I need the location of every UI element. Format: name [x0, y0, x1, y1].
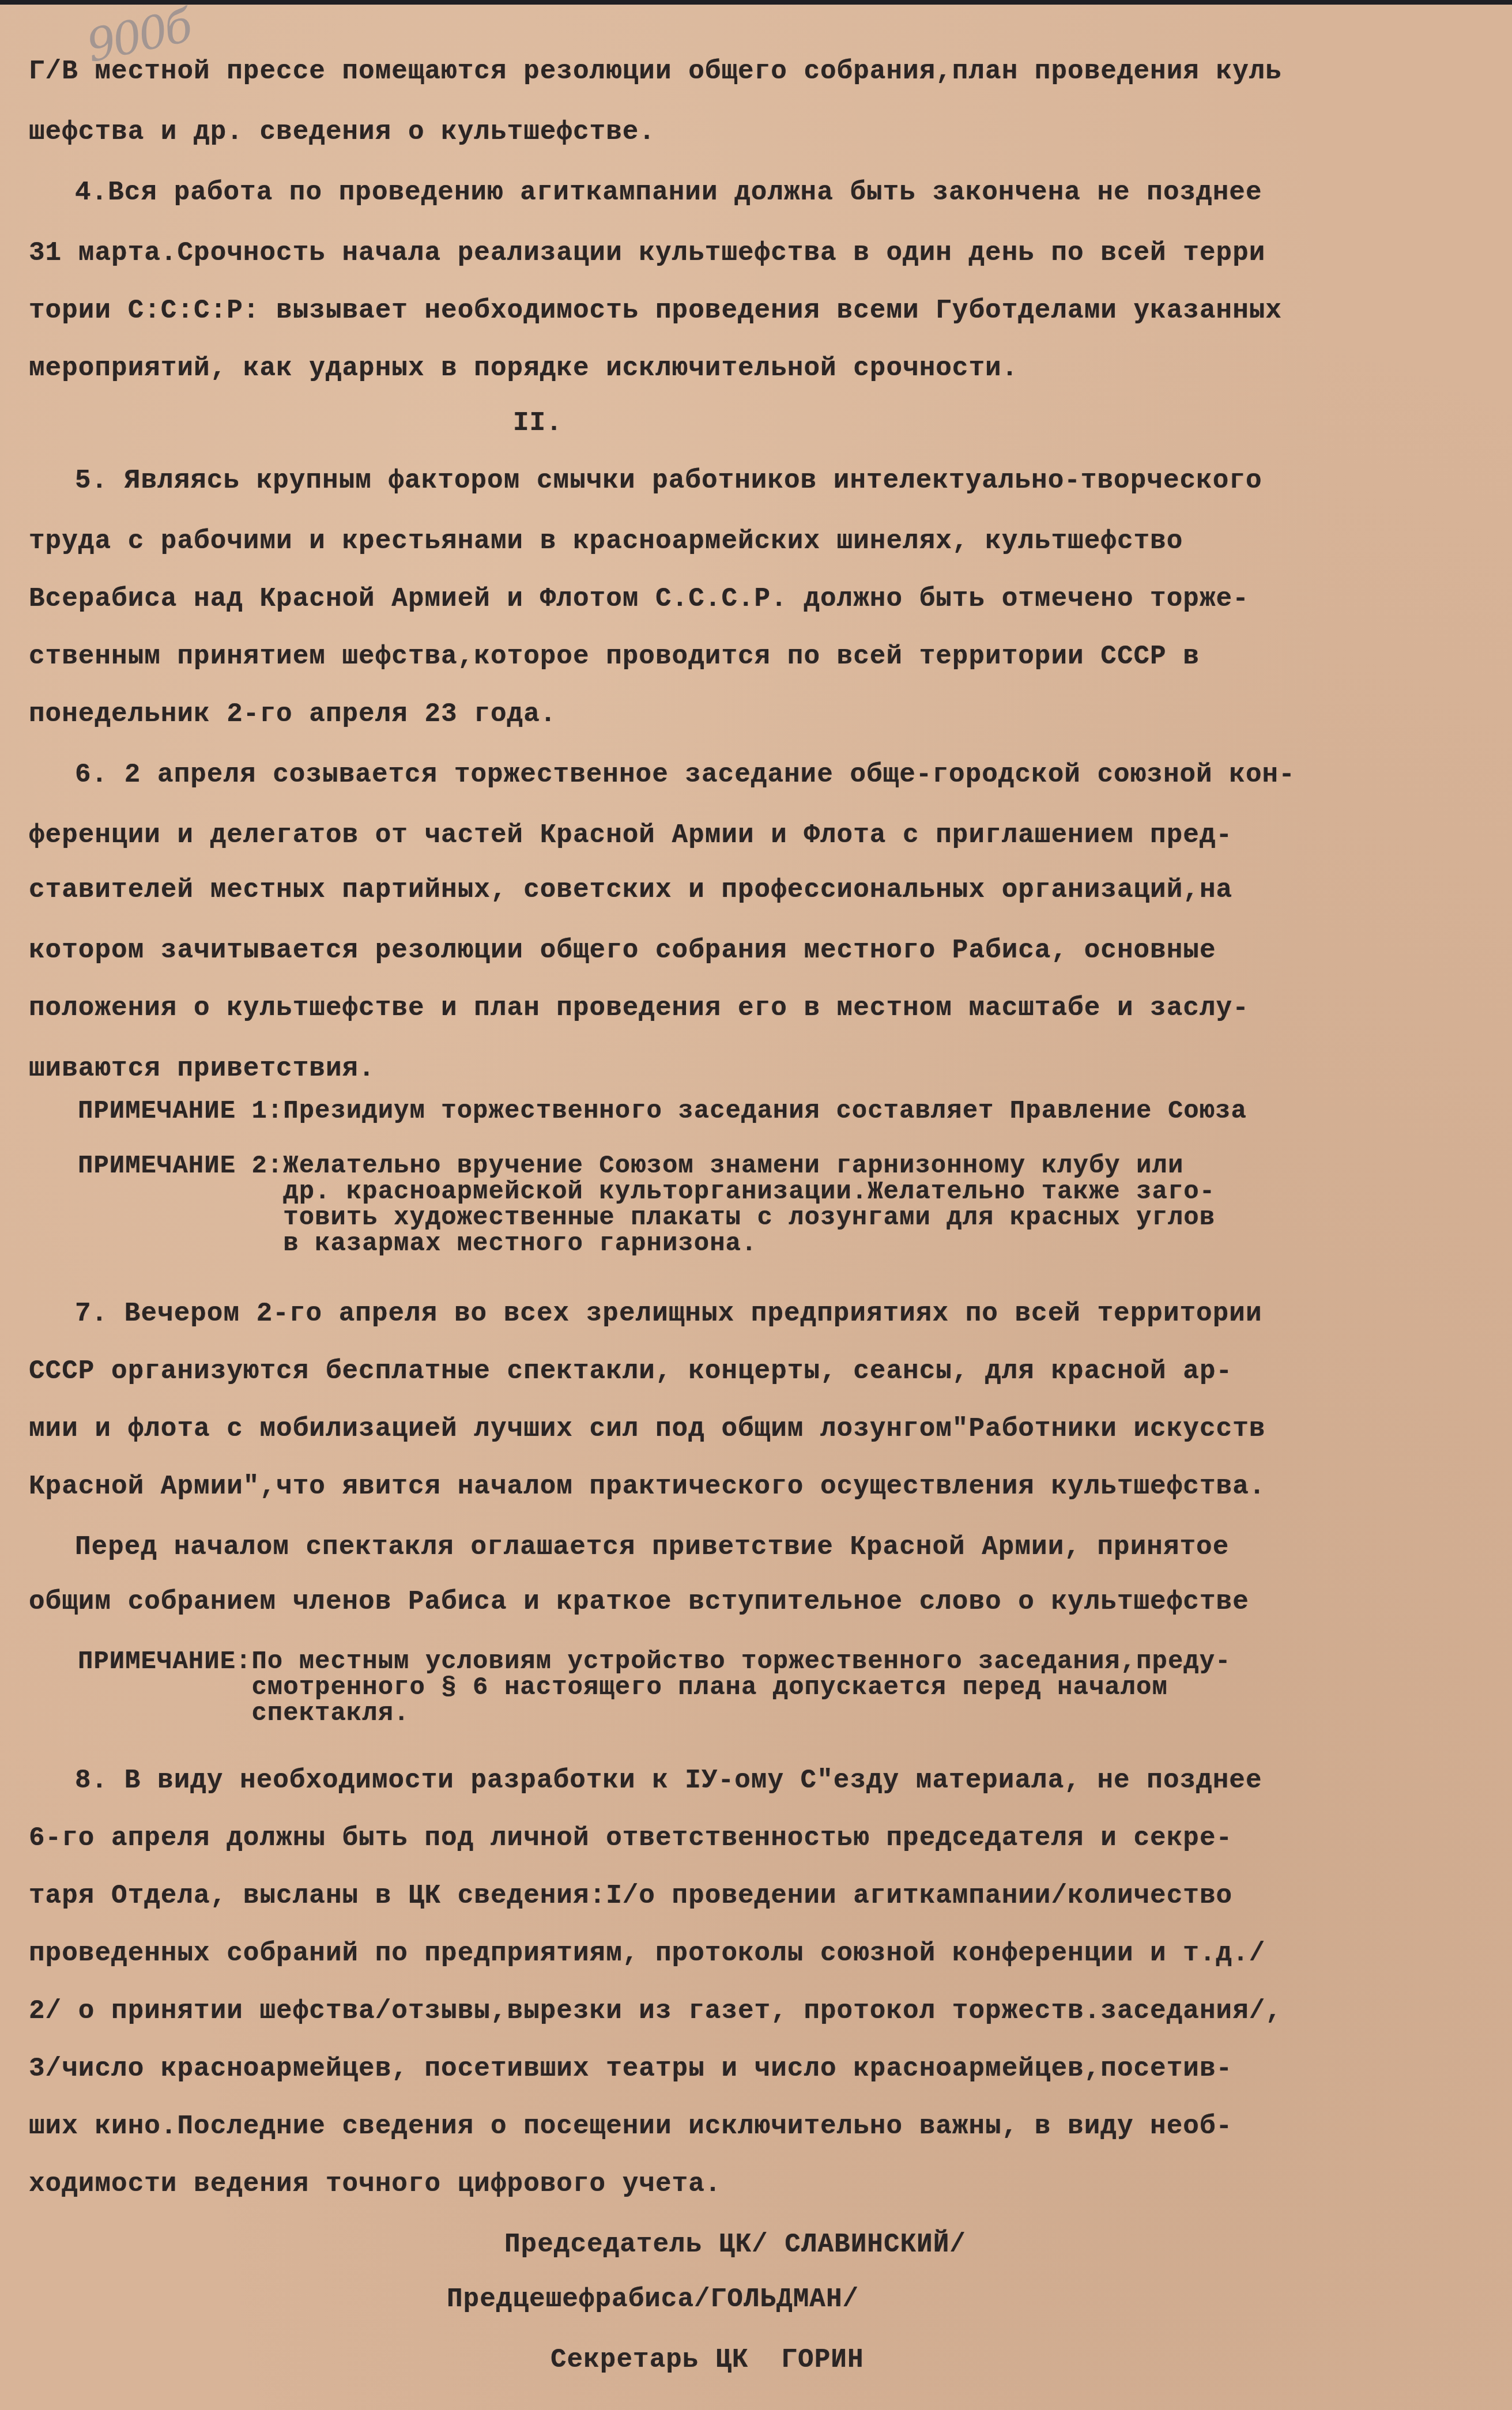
paragraph-line: 3/число красноармейцев, посетивших театр…: [29, 2054, 1232, 2084]
paragraph-line: Г/В местной прессе помещаются резолюции …: [29, 56, 1282, 86]
signature-line: Секретарь ЦК ГОРИН: [550, 2345, 864, 2375]
paragraph-line: ставителей местных партийных, советских …: [29, 875, 1232, 905]
scan-top-border: [0, 0, 1512, 5]
paragraph-line: 7. Вечером 2-го апреля во всех зрелищных…: [75, 1299, 1262, 1329]
paragraph-line: понедельник 2-го апреля 23 года.: [29, 699, 556, 729]
paragraph-line: 6-го апреля должны быть под личной ответ…: [29, 1823, 1232, 1853]
paragraph-line: ственным принятием шефства,которое прово…: [29, 642, 1200, 672]
note-line: смотренного § 6 настоящего плана допуска…: [78, 1673, 1168, 1702]
paragraph-line: тории С:С:С:Р: вызывает необходимость пр…: [29, 296, 1282, 326]
paragraph-line: проведенных собраний по предприятиям, пр…: [29, 1938, 1265, 1968]
paragraph-line: 4.Вся работа по проведению агиткампании …: [75, 178, 1262, 208]
paragraph-line: мии и флота с мобилизацией лучших сил по…: [29, 1414, 1265, 1444]
note-line: в казармах местного гарнизона.: [78, 1229, 757, 1258]
paragraph-line: Всерабиса над Красной Армией и Флотом С.…: [29, 584, 1249, 614]
paragraph-line: мероприятий, как ударных в порядке исклю…: [29, 353, 1018, 383]
note-line: ПРИМЕЧАНИЕ:По местным условиям устройств…: [78, 1647, 1231, 1676]
paragraph-line: ференции и делегатов от частей Красной А…: [29, 820, 1232, 850]
paragraph-line: шиваются приветствия.: [29, 1054, 375, 1084]
signature-line: Председатель ЦК/ СЛАВИНСКИЙ/: [504, 2230, 966, 2260]
note-line: др. красноармейской культорганизации.Жел…: [78, 1178, 1215, 1206]
paragraph-line: котором зачитывается резолюции общего со…: [29, 936, 1216, 965]
paragraph-line: 6. 2 апреля созывается торжественное зас…: [75, 760, 1295, 790]
note-line: спектакля.: [78, 1699, 410, 1728]
section-heading: II.: [513, 408, 563, 438]
paragraph-line: общим собранием членов Рабиса и краткое …: [29, 1587, 1249, 1617]
paragraph-line: шефства и др. сведения о культшефстве.: [29, 117, 655, 147]
paragraph-line: 2/ о принятии шефства/отзывы,вырезки из …: [29, 1996, 1282, 2026]
paragraph-line: Красной Армии",что явится началом практи…: [29, 1472, 1265, 1502]
document-page: 900б Г/В местной прессе помещаются резол…: [0, 5, 1512, 2410]
note-line: ПРИМЕЧАНИЕ 1:Президиум торжественного за…: [78, 1097, 1247, 1126]
note-line: товить художественные плакаты с лозунгам…: [78, 1204, 1215, 1232]
paragraph-line: 5. Являясь крупным фактором смычки работ…: [75, 466, 1262, 496]
paragraph-line: Перед началом спектакля оглашается приве…: [75, 1532, 1229, 1562]
paragraph-line: ходимости ведения точного цифрового учет…: [29, 2169, 721, 2199]
paragraph-line: ших кино.Последние сведения о посещении …: [29, 2111, 1232, 2141]
signature-line: Предцешефрабиса/ГОЛЬДМАН/: [447, 2284, 859, 2314]
paragraph-line: 31 марта.Срочность начала реализации кул…: [29, 238, 1265, 268]
paragraph-line: 8. В виду необходимости разработки к IУ-…: [75, 1766, 1262, 1796]
paragraph-line: труда с рабочими и крестьянами в красноа…: [29, 526, 1183, 556]
paragraph-line: положения о культшефстве и план проведен…: [29, 993, 1249, 1023]
paragraph-line: СССР организуются бесплатные спектакли, …: [29, 1356, 1232, 1386]
note-line: ПРИМЕЧАНИЕ 2:Желательно вручение Союзом …: [78, 1152, 1183, 1181]
paragraph-line: таря Отдела, высланы в ЦК сведения:I/о п…: [29, 1881, 1232, 1911]
